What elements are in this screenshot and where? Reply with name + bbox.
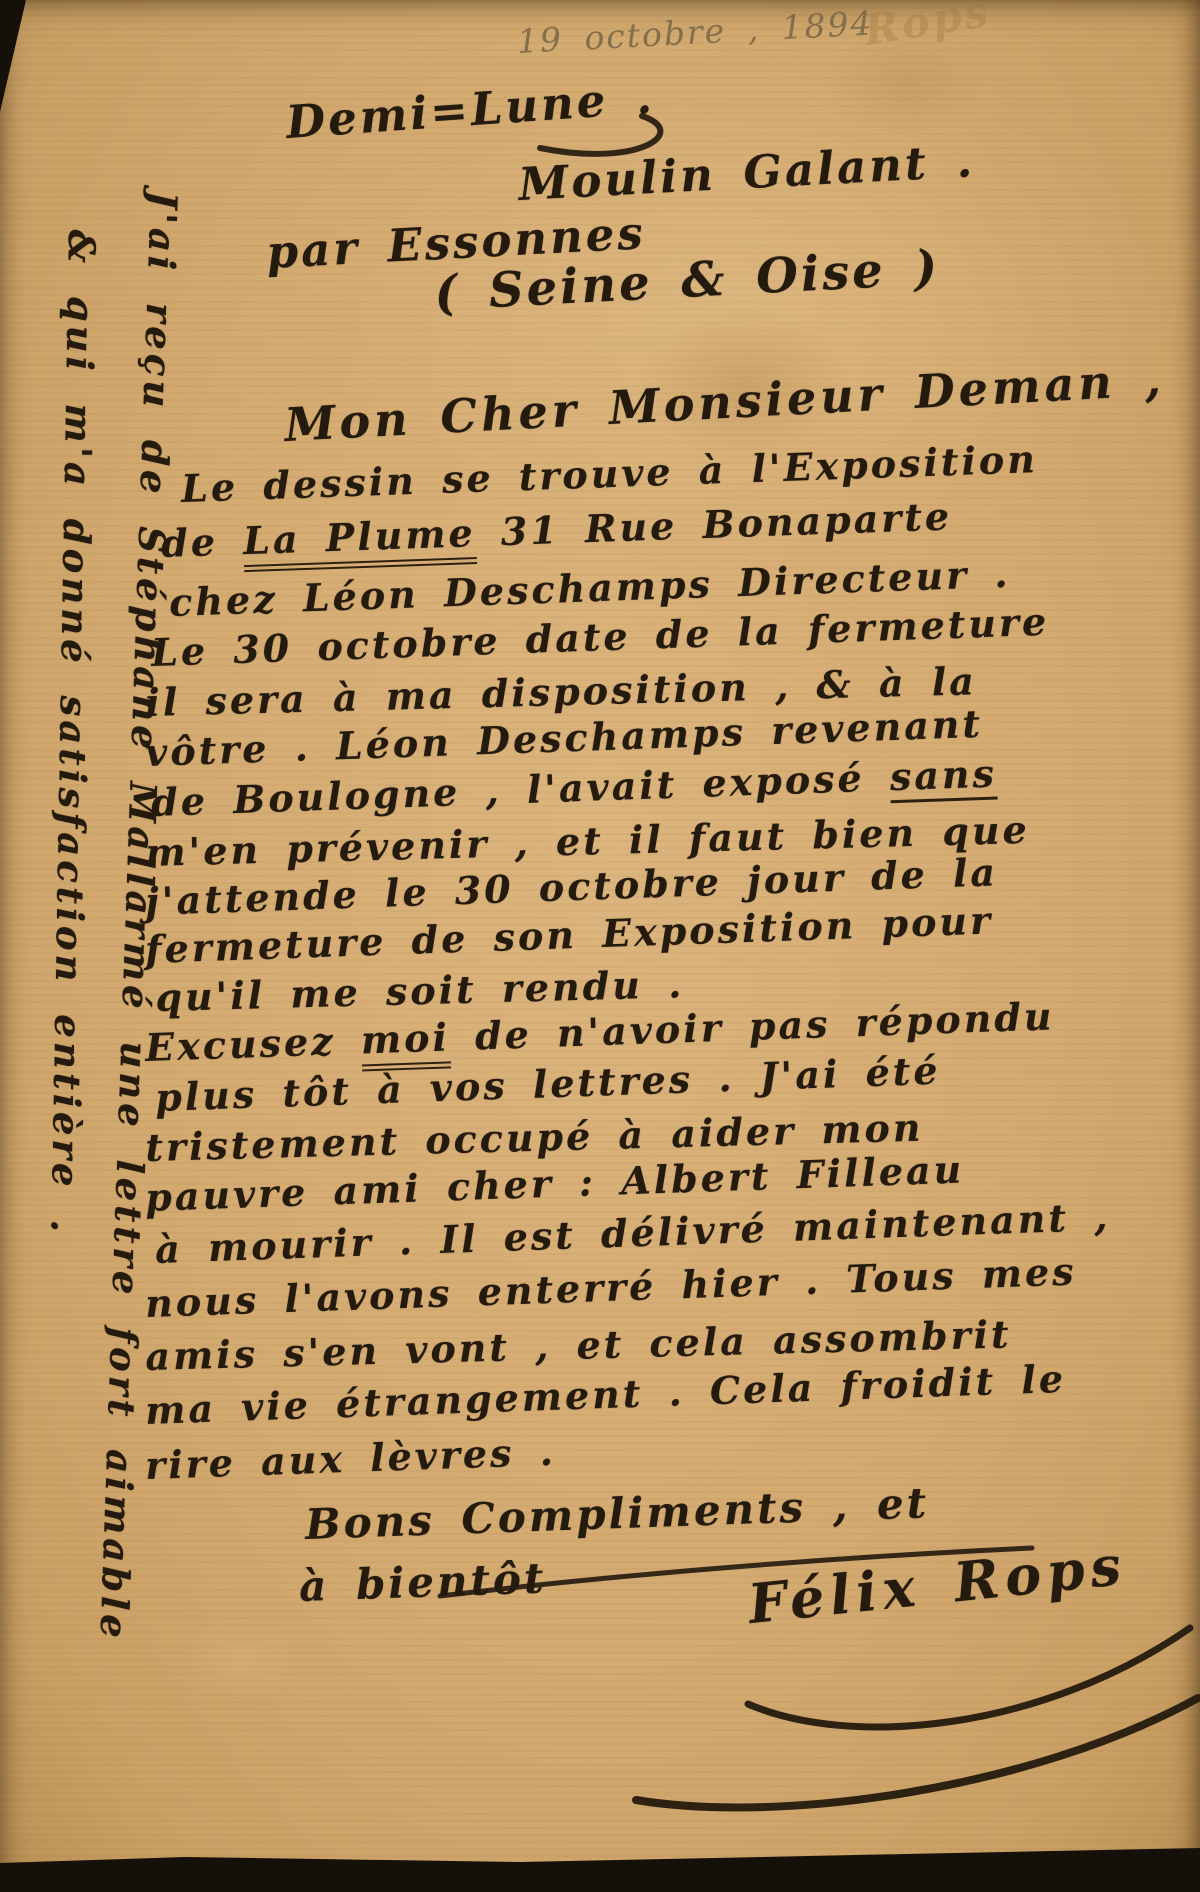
closing-line-2: à bientôt: [298, 1553, 547, 1611]
underlined-word: moi: [360, 1014, 451, 1071]
underlined-word: La Plume: [242, 510, 476, 572]
underlined-word: sans: [889, 750, 998, 803]
letter-scan: 19 octobre , 1894 Rops Demi=Lune . Mouli…: [0, 0, 1200, 1892]
line-text-segment: Excusez: [144, 1017, 361, 1070]
